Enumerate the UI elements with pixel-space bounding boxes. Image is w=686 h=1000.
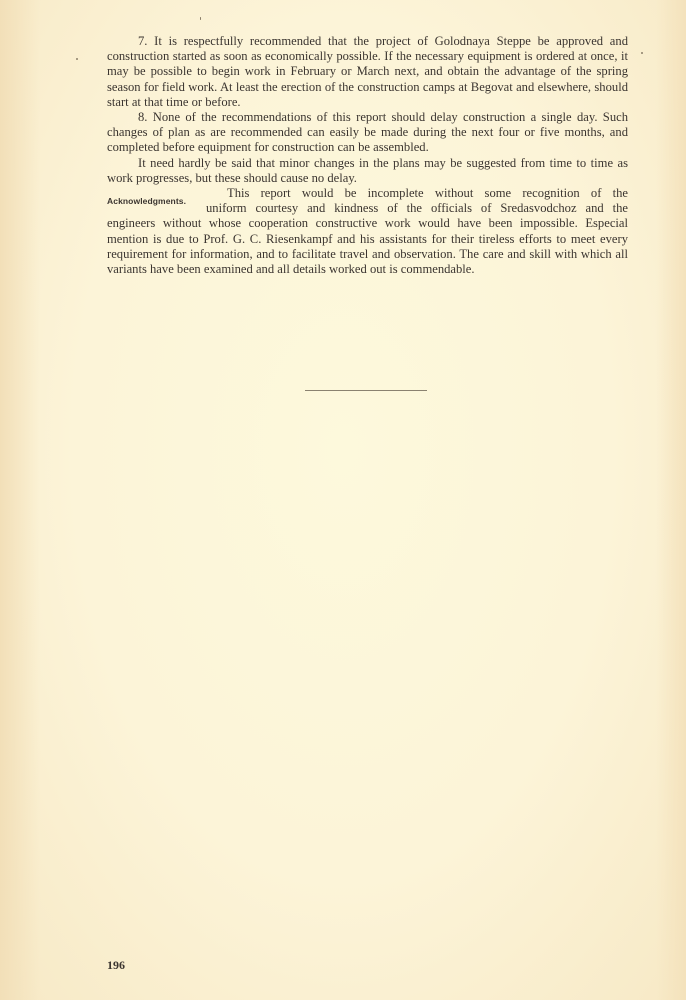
paragraph-minor-changes: It need hardly be said that minor change…	[107, 156, 628, 186]
acknowledgments-side-heading: Acknowledgments.	[107, 194, 186, 209]
paragraph-recommendation-8: 8. None of the recommendations of this r…	[107, 110, 628, 156]
section-end-rule	[305, 390, 427, 391]
paper-speck	[76, 58, 78, 60]
paragraph-acknowledgments: Acknowledgments. This report would be in…	[107, 186, 628, 277]
paper-speck	[641, 52, 643, 54]
acknowledgments-body: engineers without whose cooperation cons…	[107, 216, 628, 276]
page-number: 196	[107, 958, 125, 973]
paper-speck	[200, 17, 201, 20]
body-text: 7. It is respectfully recommended that t…	[107, 34, 628, 277]
scanned-page: 7. It is respectfully recommended that t…	[0, 0, 686, 1000]
paragraph-recommendation-7: 7. It is respectfully recommended that t…	[107, 34, 628, 110]
